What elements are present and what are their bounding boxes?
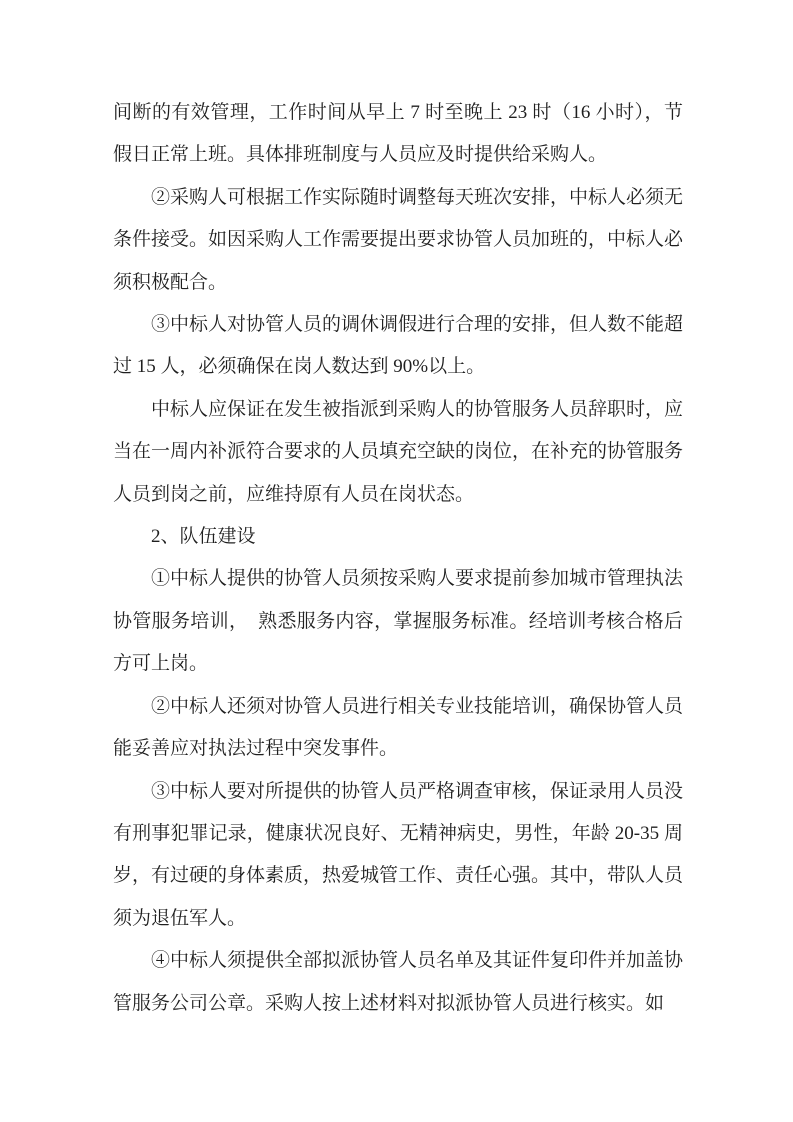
document-page: 间断的有效管理，工作时间从早上 7 时至晚上 23 时（16 小时），节假日正常…: [0, 0, 793, 1122]
paragraph-clause4-roster-verification: ④中标人须提供全部拟派协管人员名单及其证件复印件并加盖协管服务公司公章。采购人按…: [113, 940, 683, 1025]
paragraph-clause3-recruitment-vetting: ③中标人要对所提供的协管人员严格调查审核，保证录用人员没有刑事犯罪记录，健康状况…: [113, 771, 683, 941]
paragraph-work-hours-continuation: 间断的有效管理，工作时间从早上 7 时至晚上 23 时（16 小时），节假日正常…: [113, 92, 683, 177]
paragraph-clause1-pre-job-training: ①中标人提供的协管人员须按采购人要求提前参加城市管理执法协管服务培训， 熟悉服务…: [113, 558, 683, 685]
paragraph-clause3-leave-quota: ③中标人对协管人员的调休调假进行合理的安排，但人数不能超过 15 人，必须确保在…: [113, 304, 683, 389]
paragraph-clause2-schedule-adjustment: ②采购人可根据工作实际随时调整每天班次安排，中标人必须无条件接受。如因采购人工作…: [113, 177, 683, 304]
heading-team-building: 2、队伍建设: [113, 516, 683, 558]
document-text-block: 间断的有效管理，工作时间从早上 7 时至晚上 23 时（16 小时），节假日正常…: [113, 92, 683, 1025]
paragraph-resignation-replacement: 中标人应保证在发生被指派到采购人的协管服务人员辞职时，应当在一周内补派符合要求的…: [113, 389, 683, 516]
paragraph-clause2-skill-training: ②中标人还须对协管人员进行相关专业技能培训，确保协管人员能妥善应对执法过程中突发…: [113, 686, 683, 771]
